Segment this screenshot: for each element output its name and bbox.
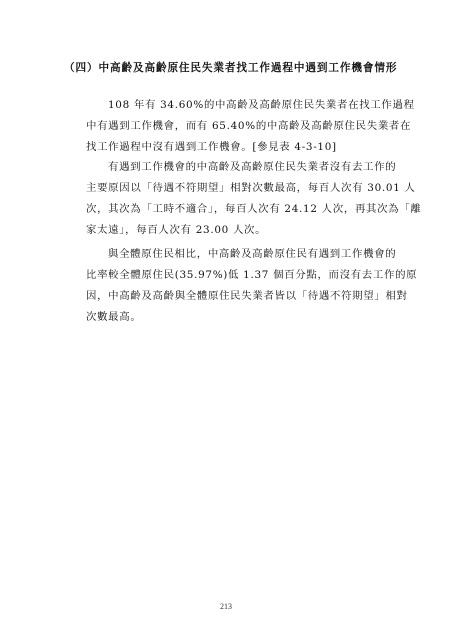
- section-heading: （四）中高齡及高齡原住民失業者找工作過程中遇到工作機會情形: [64, 60, 397, 75]
- paragraph-line: 次，其次為「工時不適合」，每百人次有 24.12 人次，再其次為「離: [86, 199, 386, 220]
- paragraph-line: 108 年有 34.60%的中高齡及高齡原住民失業者在找工作過程: [86, 95, 386, 116]
- paragraph-reasons-not-working: 有遇到工作機會的中高齡及高齡原住民失業者沒有去工作的 主要原因以「待遇不符期望」…: [86, 157, 386, 241]
- paragraph-line: 次數最高。: [86, 307, 386, 328]
- paragraph-line: 中有遇到工作機會，而有 65.40%的中高齡及高齡原住民失業者在: [86, 116, 386, 137]
- paragraph-line: 因，中高齡及高齡與全體原住民失業者皆以「待遇不符期望」相對: [86, 286, 386, 307]
- paragraph-line: 有遇到工作機會的中高齡及高齡原住民失業者沒有去工作的: [86, 157, 386, 178]
- document-page: （四）中高齡及高齡原住民失業者找工作過程中遇到工作機會情形 108 年有 34.…: [0, 0, 452, 640]
- paragraph-comparison-all-indigenous: 與全體原住民相比，中高齡及高齡原住民有遇到工作機會的 比率較全體原住民(35.9…: [86, 244, 386, 328]
- page-number: 213: [0, 602, 452, 611]
- paragraph-line: 比率較全體原住民(35.97%)低 1.37 個百分點，而沒有去工作的原: [86, 265, 386, 286]
- paragraph-line: 與全體原住民相比，中高齡及高齡原住民有遇到工作機會的: [86, 244, 386, 265]
- paragraph-job-opportunity-rate: 108 年有 34.60%的中高齡及高齡原住民失業者在找工作過程 中有遇到工作機…: [86, 95, 386, 158]
- paragraph-line: 找工作過程中沒有遇到工作機會。[參見表 4-3-10]: [86, 137, 386, 158]
- paragraph-line: 主要原因以「待遇不符期望」相對次數最高，每百人次有 30.01 人: [86, 178, 386, 199]
- paragraph-line: 家太遠」，每百人次有 23.00 人次。: [86, 220, 386, 241]
